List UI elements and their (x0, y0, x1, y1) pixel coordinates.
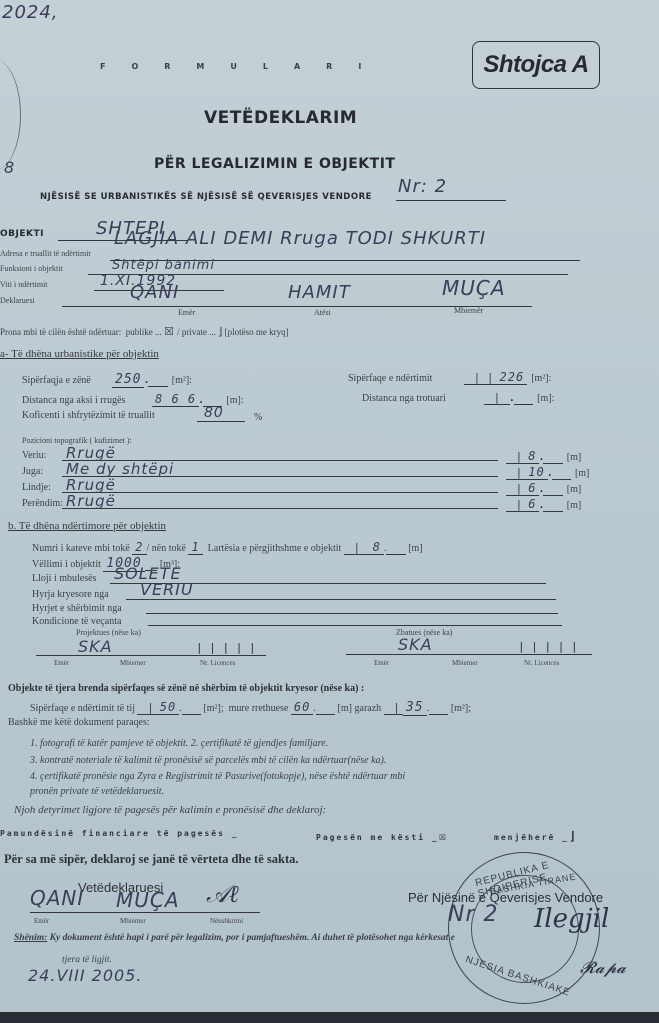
sidewalk-field: | . [m]: (484, 388, 554, 406)
sig-name: QANI (30, 886, 84, 910)
entrance-label: Hyrja kryesore nga (32, 589, 109, 600)
road-axis-unit: [m]: (226, 395, 243, 406)
service-label: Hyrjet e shërbimit nga (32, 603, 122, 614)
designer-cap-name: Emër (54, 659, 69, 667)
border-distance-field: |6. [m] (506, 495, 581, 513)
authority-number: Nr 2 (448, 902, 499, 927)
garage-value: 35 (403, 700, 427, 716)
border-row: Lindje: (22, 482, 51, 493)
height-unit: [m] (408, 543, 422, 554)
border-row: Veriu: (22, 450, 46, 461)
corner-note: 2024, (2, 2, 59, 23)
floors-below-label: nën tokë (152, 543, 186, 554)
check-hint: [plotëso me kryq] (225, 327, 289, 337)
sidewalk-label: Distanca nga trotuari (362, 393, 446, 404)
floors-above-label: Numri i kateve mbi tokë (32, 543, 130, 554)
urban-section-title: a- Të dhëna urbanistike për objektin (0, 348, 159, 360)
occupied-area-unit: [m²]: (172, 375, 192, 386)
option-inability[interactable]: Pamundësinë financiare të pagesës _ (0, 829, 239, 838)
sig-cap-name: Emër (34, 917, 49, 925)
property-row: Prona mbi të cilën është ndërtuar: publi… (0, 325, 289, 338)
built-area-unit: [m²]: (531, 373, 551, 384)
height-value: 8 (370, 540, 384, 555)
option-inability-label: Pamundësinë financiare të pagesës (0, 829, 225, 838)
unit-number: Nr: 2 (398, 176, 447, 197)
garage-unit: [m²]; (451, 703, 471, 714)
option-installments[interactable]: Pagesën me kësti _☒ (316, 829, 446, 843)
walls-label: mure rrethuese (229, 703, 289, 714)
border-unit: [m] (575, 468, 589, 479)
volume-label: Vëllimi i objektit (32, 559, 101, 570)
other-objects-title: Objekte të tjera brenda sipërfaqes së zë… (8, 683, 364, 694)
name-caption: Emër (178, 308, 195, 317)
private-checkbox[interactable]: ⌋ (218, 326, 222, 338)
border-distance: 6 (525, 497, 539, 512)
designer-license-boxes: | | | | | (196, 641, 256, 654)
builder-cap-surname: Mbiemer (452, 659, 478, 667)
designer-value: SKA (78, 637, 113, 656)
builder-cap-license: Nr. Licences (524, 659, 559, 667)
attachment-item: pronën private të vetëdeklaruesit. (30, 786, 164, 797)
scan-bottom-edge (0, 1012, 659, 1023)
border-unit: [m] (567, 500, 581, 511)
immediate-checkbox[interactable]: ⌋ (569, 829, 576, 843)
note-label: Shënim: (14, 933, 47, 943)
border-side: Juga (22, 466, 40, 477)
occupied-area-value: 250 (112, 372, 144, 388)
public-checkbox[interactable]: ☒ (164, 325, 175, 338)
declarant-name: QANI (130, 282, 179, 303)
authority-countersignature: 𝓡𝓪𝓹𝓪 (580, 958, 626, 978)
occupied-area-field: 250. [m²]: (112, 370, 192, 388)
sidewalk-value: | (484, 391, 510, 405)
surname-caption: Mbiemër (454, 306, 483, 315)
border-value: Rrugë (66, 492, 116, 510)
construction-section-title: b. Të dhëna ndërtimore për objektin (8, 520, 166, 532)
scanned-form-page: 2024, 8 FORMULARI Shtojca A VETËDEKLARIM… (0, 0, 659, 1023)
margin-arc-mark (0, 60, 21, 170)
object-label: OBJEKTI (0, 229, 44, 239)
walls-value: 60 (291, 700, 313, 715)
coefficient-value: 80 (204, 405, 224, 421)
note-text-continued: tjera të ligjit. (62, 955, 112, 965)
sig-cap-signature: Nënshkrimi (210, 917, 243, 925)
other-area-value: 50 (157, 700, 179, 715)
entrance-value: VERIU (140, 580, 194, 599)
coefficient-label: Koficenti i shfrytëzimit të truallit (22, 410, 155, 421)
border-side: Perëndim (22, 498, 60, 509)
declarant-label: Deklaruesi (0, 296, 35, 305)
declarant-signature: 𝒜ℓ (206, 880, 239, 909)
option-immediate[interactable]: menjëherë _⌋ (494, 829, 576, 843)
designer-cap-license: Nr. Licences (200, 659, 235, 667)
designer-label: Projektues (nëse ka) (76, 628, 141, 637)
declarant-father: HAMIT (288, 282, 351, 303)
border-unit: [m] (567, 484, 581, 495)
coefficient-unit: % (254, 412, 262, 423)
function-label: Funksioni i objektit (0, 264, 63, 273)
sig-surname: MUÇA (116, 888, 180, 912)
declaration-date: 24.VIII 2005. (28, 966, 142, 985)
authority-title: Për Njësinë e Qeverisjes Vendore (408, 890, 603, 905)
address-label: Adresa e truallit të ndërtimit (0, 249, 91, 258)
occupied-area-label: Sipërfaqja e zënë (22, 375, 91, 386)
annex-label: Shtojca A (472, 41, 600, 89)
formular-label: FORMULARI (100, 62, 387, 71)
border-side: Veriu (22, 450, 44, 461)
public-label: publike (126, 327, 153, 337)
attachments-intro: Bashkë me këtë dokument paraqes: (8, 717, 150, 728)
border-distance: 8 (525, 449, 539, 464)
roof-label: Lloji i mbulesës (32, 573, 96, 584)
sidewalk-unit: [m]: (537, 393, 554, 404)
builder-license-boxes: | | | | | (518, 640, 578, 653)
unit-line-label: NJËSISË SE URBANISTIKËS SË NJËSISË SË QE… (40, 192, 372, 202)
built-area-label: Sipërfaqe e ndërtimit (348, 373, 432, 384)
walls-unit: [m] (338, 703, 352, 714)
builder-cap-name: Emër (374, 659, 389, 667)
other-area-label: Sipërfaqe e ndërtimit të tij (30, 703, 135, 714)
declarant-surname: MUÇA (442, 276, 506, 300)
built-area-field: | |226 [m²]: (464, 368, 551, 386)
note-text: Ky dokument është hapi i parë për legali… (50, 933, 455, 943)
floors-row: Numri i kateve mbi tokë 2/ nën tokë 1 La… (32, 540, 423, 555)
note-row: Shënim: Ky dokument është hapi i parë pë… (14, 933, 455, 943)
road-axis-label: Distanca nga aksi i rrugës (22, 395, 125, 406)
road-axis-value: 8 6 6 (152, 392, 199, 407)
border-row: Perëndim: (22, 498, 63, 509)
sig-cap-surname: Mbiemer (120, 917, 146, 925)
declaration-statement: Për sa më sipër, deklaroj se janë të vër… (4, 852, 299, 867)
function-value: Shtëpi banimi (112, 258, 215, 273)
floors-above-value: 2 (132, 540, 146, 555)
payment-intro: Njoh detyrimet ligjore të pagesës për ka… (14, 804, 326, 816)
installments-checkbox[interactable]: ☒ (439, 829, 446, 843)
address-value: LAGJIA ALI DEMI Rruga TODI SHKURTI (114, 228, 486, 249)
garage-label: garazh (355, 703, 382, 714)
border-distance: 10 (525, 465, 547, 480)
designer-cap-surname: Mbiemer (120, 659, 146, 667)
builder-value: SKA (398, 635, 433, 654)
property-label: Prona mbi të cilën është ndërtuar: (0, 327, 121, 337)
attachment-item: 4. çertifikatë pronësie nga Zyra e Regji… (30, 771, 405, 782)
document-title: VETËDEKLARIM (204, 108, 357, 128)
father-caption: Atësi (314, 308, 331, 317)
attachment-item: 3. kontratë noteriale të kalimit të pron… (30, 755, 386, 766)
margin-note: 8 (4, 158, 15, 177)
authority-signature: Ilegjil (534, 904, 609, 934)
road-axis-field: 8 6 6. [m]: (152, 390, 244, 408)
border-row: Juga: (22, 466, 43, 477)
floors-below-value: 1 (188, 540, 202, 555)
attachment-item: 1. fotografi të katër pamjeve të objekti… (30, 738, 328, 749)
year-label: Viti i ndërtimit (0, 280, 48, 289)
option-installments-label: Pagesën me kësti (316, 833, 425, 842)
border-side: Lindje (22, 482, 48, 493)
border-unit: [m] (567, 452, 581, 463)
conditions-label: Kondicione të veçanta (32, 616, 121, 627)
option-immediate-label: menjëherë (494, 833, 555, 842)
built-area-value: 226 (497, 370, 528, 385)
private-label: private (182, 327, 207, 337)
other-objects-row: Sipërfaqe e ndërtimit të tij |50. [m²]; … (30, 700, 471, 716)
document-subtitle: PËR LEGALIZIMIN E OBJEKTIT (154, 156, 395, 172)
height-label: Lartësia e përgjithshme e objektit (208, 543, 342, 554)
other-area-unit: [m²]; (203, 703, 223, 714)
border-distance: 6 (525, 481, 539, 496)
